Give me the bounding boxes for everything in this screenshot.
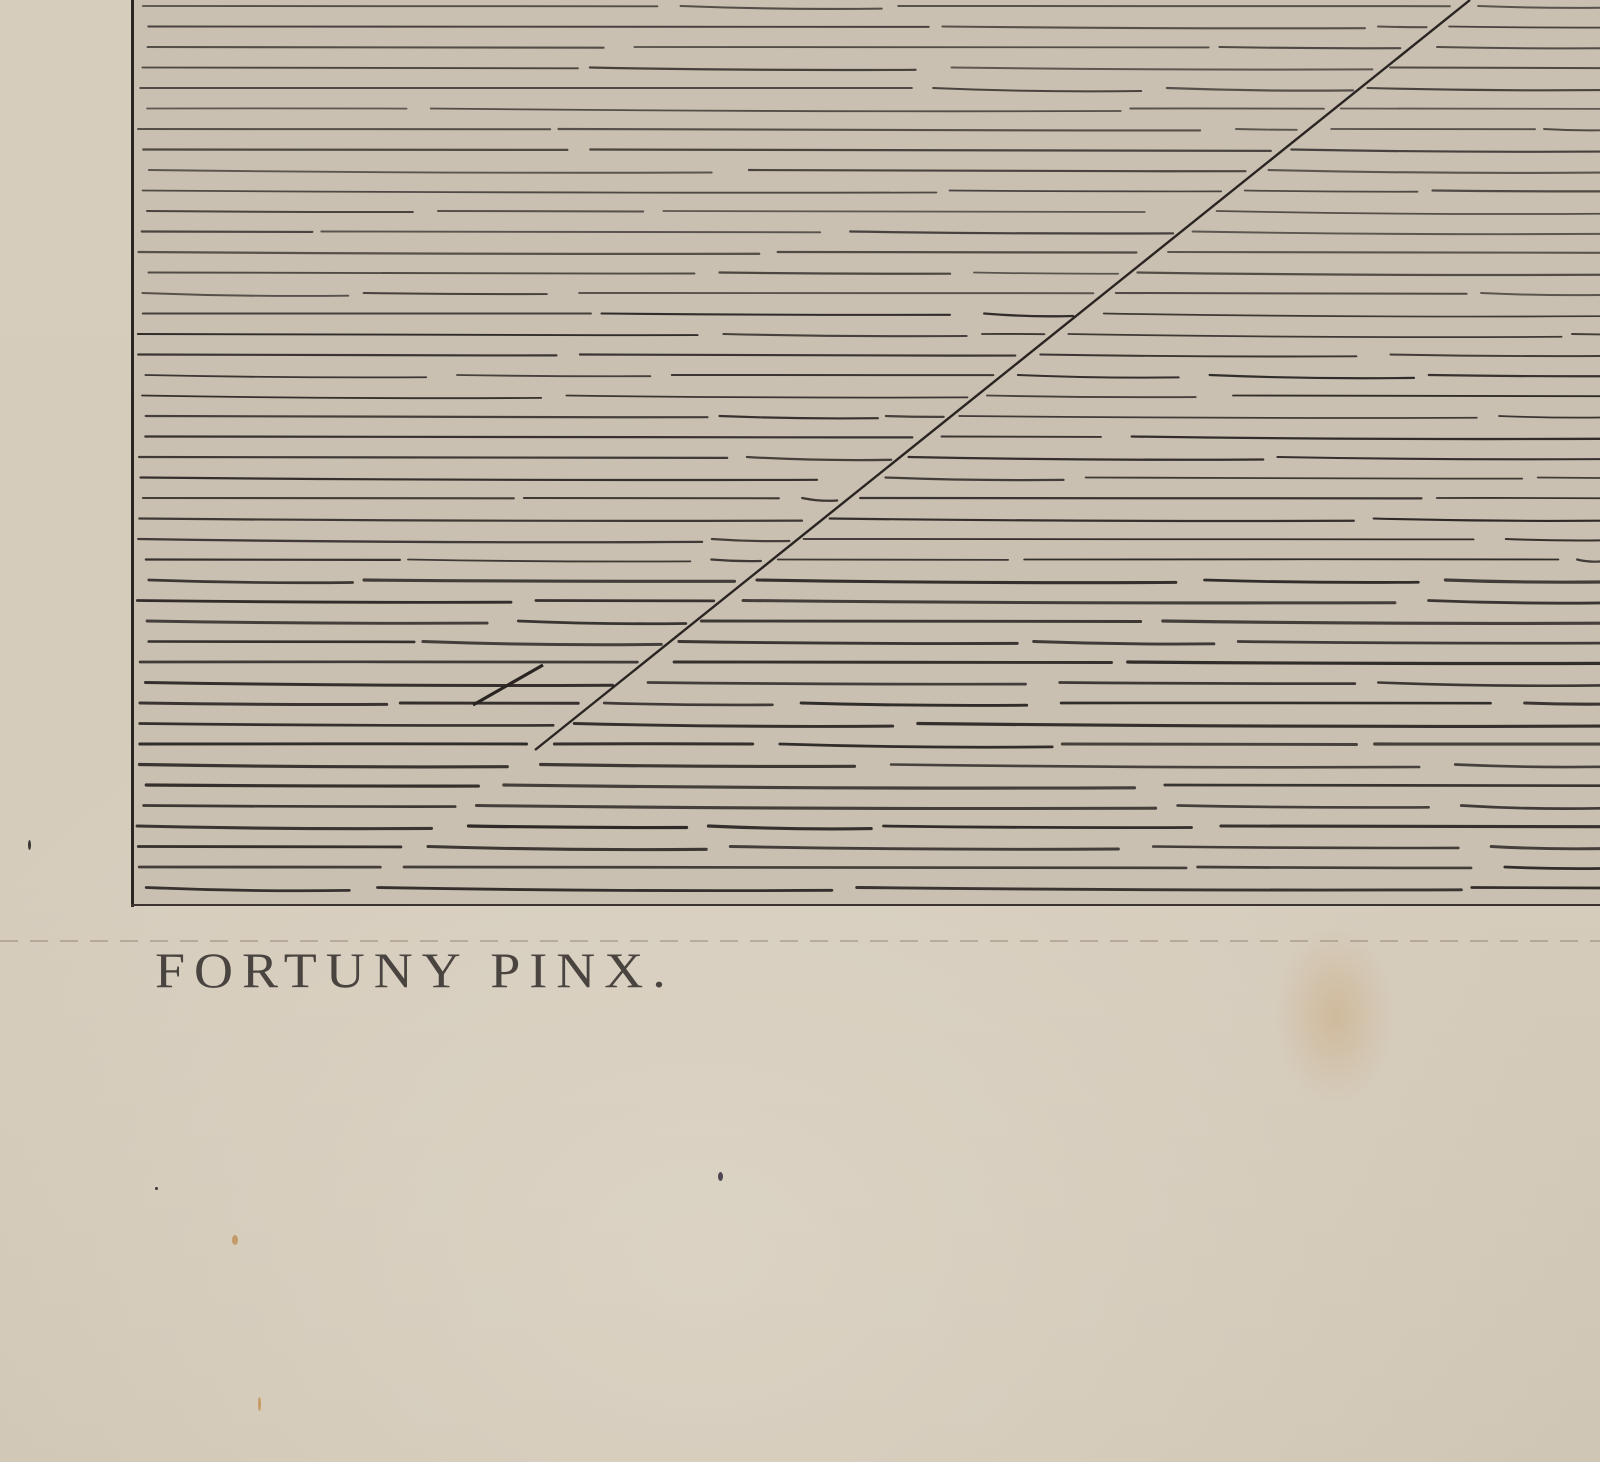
plate-border-bottom: [131, 904, 1600, 906]
etched-plate-area: [133, 0, 1600, 906]
hatching-lines: [133, 0, 1600, 906]
artist-inscription: FORTUNY PINX.: [155, 942, 675, 999]
paper-speck: [155, 1187, 158, 1190]
paper-speck: [258, 1397, 261, 1411]
paper-speck: [28, 840, 31, 850]
paper-speck: [232, 1235, 238, 1245]
plate-border-left: [131, 0, 134, 907]
paper-speck: [718, 1172, 723, 1181]
